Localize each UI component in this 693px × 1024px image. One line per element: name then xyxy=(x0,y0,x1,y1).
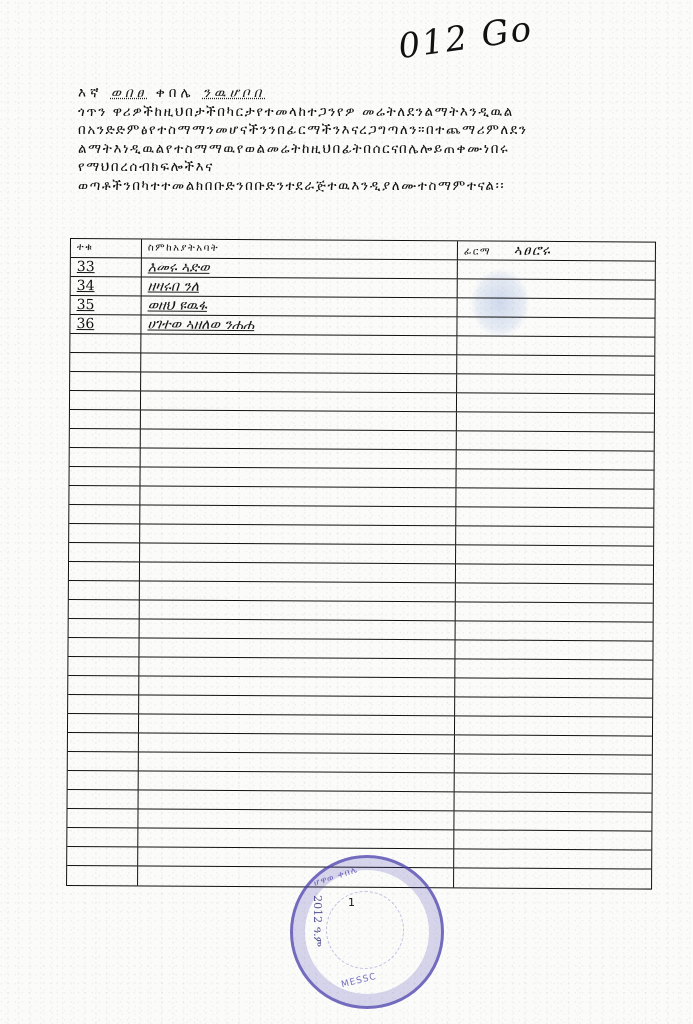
row-number: 35 xyxy=(71,296,142,314)
row-number xyxy=(70,448,141,466)
village-name-fill-in: ንዉሆቦበ xyxy=(203,85,266,101)
row-name xyxy=(141,353,457,373)
row-signature xyxy=(455,754,652,773)
row-name xyxy=(139,714,455,734)
row-number xyxy=(69,467,140,485)
row-signature xyxy=(455,735,652,754)
seal-text-year: 2012 ዓ.ም xyxy=(310,895,324,947)
row-signature xyxy=(456,526,653,545)
row-number xyxy=(69,543,140,561)
row-name xyxy=(139,752,455,772)
row-number xyxy=(68,657,139,675)
row-name: እመሩ ኣድወ xyxy=(142,258,458,278)
row-name xyxy=(141,391,457,411)
official-seal: ሆዋወ ቀበሌ 2012 ዓ.ም MESSC xyxy=(290,855,444,1009)
declaration-line-6: ወጣቶችንበካተተመልክበቡድንበቡድንተደራጅተዉእንዲያለሙተስማምተናል፡… xyxy=(78,177,678,196)
row-number xyxy=(69,486,140,504)
row-name xyxy=(141,448,457,468)
row-name xyxy=(138,847,454,867)
row-signature xyxy=(455,773,652,792)
row-number: 34 xyxy=(71,277,142,295)
row-signature xyxy=(458,260,655,279)
row-number xyxy=(70,429,141,447)
row-signature xyxy=(455,640,652,659)
row-signature xyxy=(457,431,654,450)
row-number xyxy=(68,752,139,770)
row-name xyxy=(140,486,456,506)
row-signature xyxy=(458,298,655,317)
row-signature xyxy=(456,602,653,621)
row-name xyxy=(139,695,455,715)
row-signature xyxy=(457,450,654,469)
declaration-line-3: በአንድድምፅየተስማማንመሆናችንንበፊርማችንእናረጋግጣለን።በተጨማሪም… xyxy=(78,121,678,140)
row-signature xyxy=(454,811,651,830)
declaration-line-1: እኛ ወበፀ ቀበሌ ንዉሆቦበ xyxy=(78,84,678,103)
row-signature xyxy=(456,583,653,602)
row-number xyxy=(70,353,141,371)
row-signature xyxy=(455,716,652,735)
row-name xyxy=(140,505,456,525)
row-number xyxy=(70,334,141,352)
declaration-paragraph: እኛ ወበፀ ቀበሌ ንዉሆቦበ ጎጥን ዋሪዎችከዚህበታችበካርታየተመላከ… xyxy=(78,84,678,196)
row-number xyxy=(70,372,141,390)
row-number xyxy=(70,391,141,409)
row-signature xyxy=(455,697,652,716)
row-name xyxy=(141,334,457,354)
row-number: 36 xyxy=(70,315,141,333)
row-name xyxy=(140,581,456,601)
row-name xyxy=(138,809,454,829)
row-signature xyxy=(455,659,652,678)
row-signature xyxy=(457,374,654,393)
row-signature xyxy=(457,355,654,374)
row-number xyxy=(69,600,140,618)
signature-table: ተቁ ስምከአያትአባት ፊርማ ኣፀሮሩ 33እመሩ ኣድወ34ዘዛሩበ ንለ… xyxy=(66,238,656,890)
row-name xyxy=(140,524,456,544)
row-signature xyxy=(456,564,653,583)
row-number xyxy=(69,581,140,599)
row-number xyxy=(69,524,140,542)
row-name: ዘዛሩበ ንለ xyxy=(142,277,458,297)
seal-text-bottom: MESSC xyxy=(340,972,378,990)
row-name xyxy=(140,562,456,582)
header-number: ተቁ xyxy=(71,239,142,257)
row-name xyxy=(139,657,455,677)
row-name xyxy=(140,543,456,563)
declaration-line-5: የማህበረሰብክፍሎችእና xyxy=(78,158,678,177)
row-number: 33 xyxy=(71,258,142,276)
row-name xyxy=(140,600,456,620)
row-number xyxy=(68,771,139,789)
row-name: ወዘህ ዩዉፋ xyxy=(142,296,458,316)
row-signature xyxy=(456,469,653,488)
row-number xyxy=(68,733,139,751)
row-signature xyxy=(457,336,654,355)
row-name xyxy=(140,619,456,639)
row-number xyxy=(68,695,139,713)
row-number xyxy=(69,619,140,637)
header-full-name: ስምከአያትአባት xyxy=(142,239,458,259)
row-name xyxy=(139,638,455,658)
row-name xyxy=(139,790,455,810)
row-signature xyxy=(458,279,655,298)
row-signature xyxy=(456,488,653,507)
row-number xyxy=(68,790,139,808)
row-signature xyxy=(456,507,653,526)
row-signature xyxy=(455,792,652,811)
row-name xyxy=(139,733,455,753)
row-number xyxy=(67,847,138,865)
row-signature xyxy=(457,412,654,431)
row-name xyxy=(138,828,454,848)
row-name: ሀገተወ ኣዘለወ ንሐሐ xyxy=(141,315,457,335)
row-signature xyxy=(454,849,651,868)
row-signature xyxy=(457,393,654,412)
row-signature xyxy=(456,621,653,640)
row-number xyxy=(67,809,138,827)
row-name xyxy=(140,467,456,487)
declaration-line-4: ልማትእነዲዉልየተስማማዉየወልመሬትከዚህበፊትበሰርናበሌሎይጠቀሙነበሩ xyxy=(78,140,678,159)
seal-emblem xyxy=(326,891,404,969)
kebele-name-fill-in: ወበፀ xyxy=(111,85,148,101)
row-signature xyxy=(457,317,654,336)
row-signature xyxy=(454,830,651,849)
row-name xyxy=(141,429,457,449)
row-number xyxy=(68,638,139,656)
row-signature xyxy=(455,678,652,697)
handwritten-header-signature: ኣፀሮሩ xyxy=(514,243,552,259)
row-name xyxy=(141,410,457,430)
row-number xyxy=(69,562,140,580)
row-number xyxy=(68,676,139,694)
row-name xyxy=(139,771,455,791)
row-number xyxy=(70,410,141,428)
row-name xyxy=(139,676,455,696)
row-signature xyxy=(454,868,651,888)
row-name xyxy=(141,372,457,392)
row-signature xyxy=(456,545,653,564)
handwritten-annotation: 012 Go xyxy=(396,9,536,67)
row-number xyxy=(69,505,140,523)
row-number xyxy=(68,714,139,732)
declaration-line-2: ጎጥን ዋሪዎችከዚህበታችበካርታየተመላከተጋንየዎ መሬትለደንልማትእን… xyxy=(78,103,678,122)
row-number xyxy=(67,866,138,885)
header-signature: ፊርማ ኣፀሮሩ xyxy=(458,241,655,260)
row-number xyxy=(67,828,138,846)
